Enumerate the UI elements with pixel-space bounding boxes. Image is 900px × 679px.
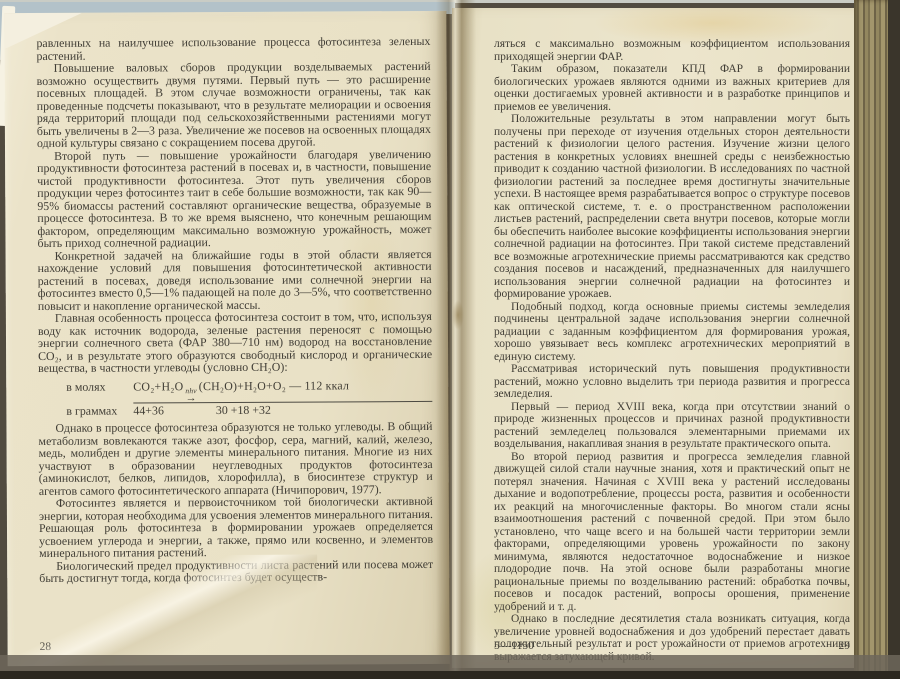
masses-right: 30 +18 +32 (216, 403, 271, 416)
gutter-stain (452, 300, 464, 330)
paragraph: Таким образом, показатели КПД ФАР в форм… (494, 63, 850, 113)
equation-row-label: в граммах (38, 404, 133, 417)
scan-bottom-edge (0, 671, 900, 679)
scan-bottom-area (0, 655, 900, 671)
paragraph: Повышение валовых сборов продукции возде… (37, 60, 431, 150)
right-page-text: ляться с максимально возможным коэффицие… (494, 38, 850, 663)
scan-right-edge (888, 0, 900, 679)
reaction-arrow: nhν→ (185, 388, 197, 402)
equation-formula: CO₂+H₂Onhν→(CH₂O)+H₂O+O₂ — 112 ккал (133, 379, 349, 402)
paragraph: равленных на наилучшее использование про… (36, 35, 430, 62)
paragraph: ляться с максимально возможным коэффицие… (494, 38, 850, 63)
paragraph: Подобный подход, когда основные приемы с… (494, 301, 850, 364)
paragraph: Главная особенность процесса фотосинтеза… (38, 310, 432, 375)
page-number-right: 29 (839, 640, 851, 652)
paragraph: Однако в процессе фотосинтеза образуются… (38, 420, 432, 497)
book-page-edges (854, 0, 890, 679)
book-scan: равленных на наилучшее использование про… (0, 0, 900, 679)
paragraph: Во второй период развития и прогресса зе… (494, 451, 850, 614)
print-code: 5—1150 (494, 640, 534, 652)
chemical-equation: в молях CO₂+H₂Onhν→(CH₂O)+H₂O+O₂ — 112 к… (38, 378, 432, 417)
equation-row-label: в молях (38, 380, 133, 393)
arrow-icon: → (185, 394, 196, 402)
paragraph: Конкретной задачей на ближайшие годы в э… (38, 247, 432, 312)
right-page-footer: 5—1150 29 (494, 640, 850, 652)
page-number-left: 28 (40, 641, 52, 653)
equation-rhs: (CH₂O)+H₂O+O₂ — 112 ккал (199, 378, 349, 393)
equation-lhs: CO₂+H₂O (133, 379, 183, 393)
paragraph: Рассматривая исторический путь повышения… (494, 363, 850, 401)
paragraph: Положительные результаты в этом направле… (494, 113, 850, 301)
right-page: ляться с максимально возможным коэффицие… (452, 8, 858, 668)
left-page-text: равленных на наилучшее использование про… (36, 35, 433, 585)
paragraph: Биологический предел продуктивности лист… (39, 557, 433, 584)
paragraph: Второй путь — повышение урожайности благ… (37, 147, 432, 249)
masses-left: 44+36 (133, 404, 164, 417)
equation-moles-row: в молях CO₂+H₂Onhν→(CH₂O)+H₂O+O₂ — 112 к… (38, 378, 432, 402)
paragraph: Фотосинтез является и первоисточником то… (39, 495, 433, 560)
equation-grams-row: в граммах 44+36 30 +18 +32 (38, 400, 432, 417)
left-page: равленных на наилучшее использование про… (4, 11, 449, 666)
paragraph: Первый — период XVIII века, когда при от… (494, 401, 850, 451)
molar-masses: 44+36 30 +18 +32 (133, 400, 432, 416)
